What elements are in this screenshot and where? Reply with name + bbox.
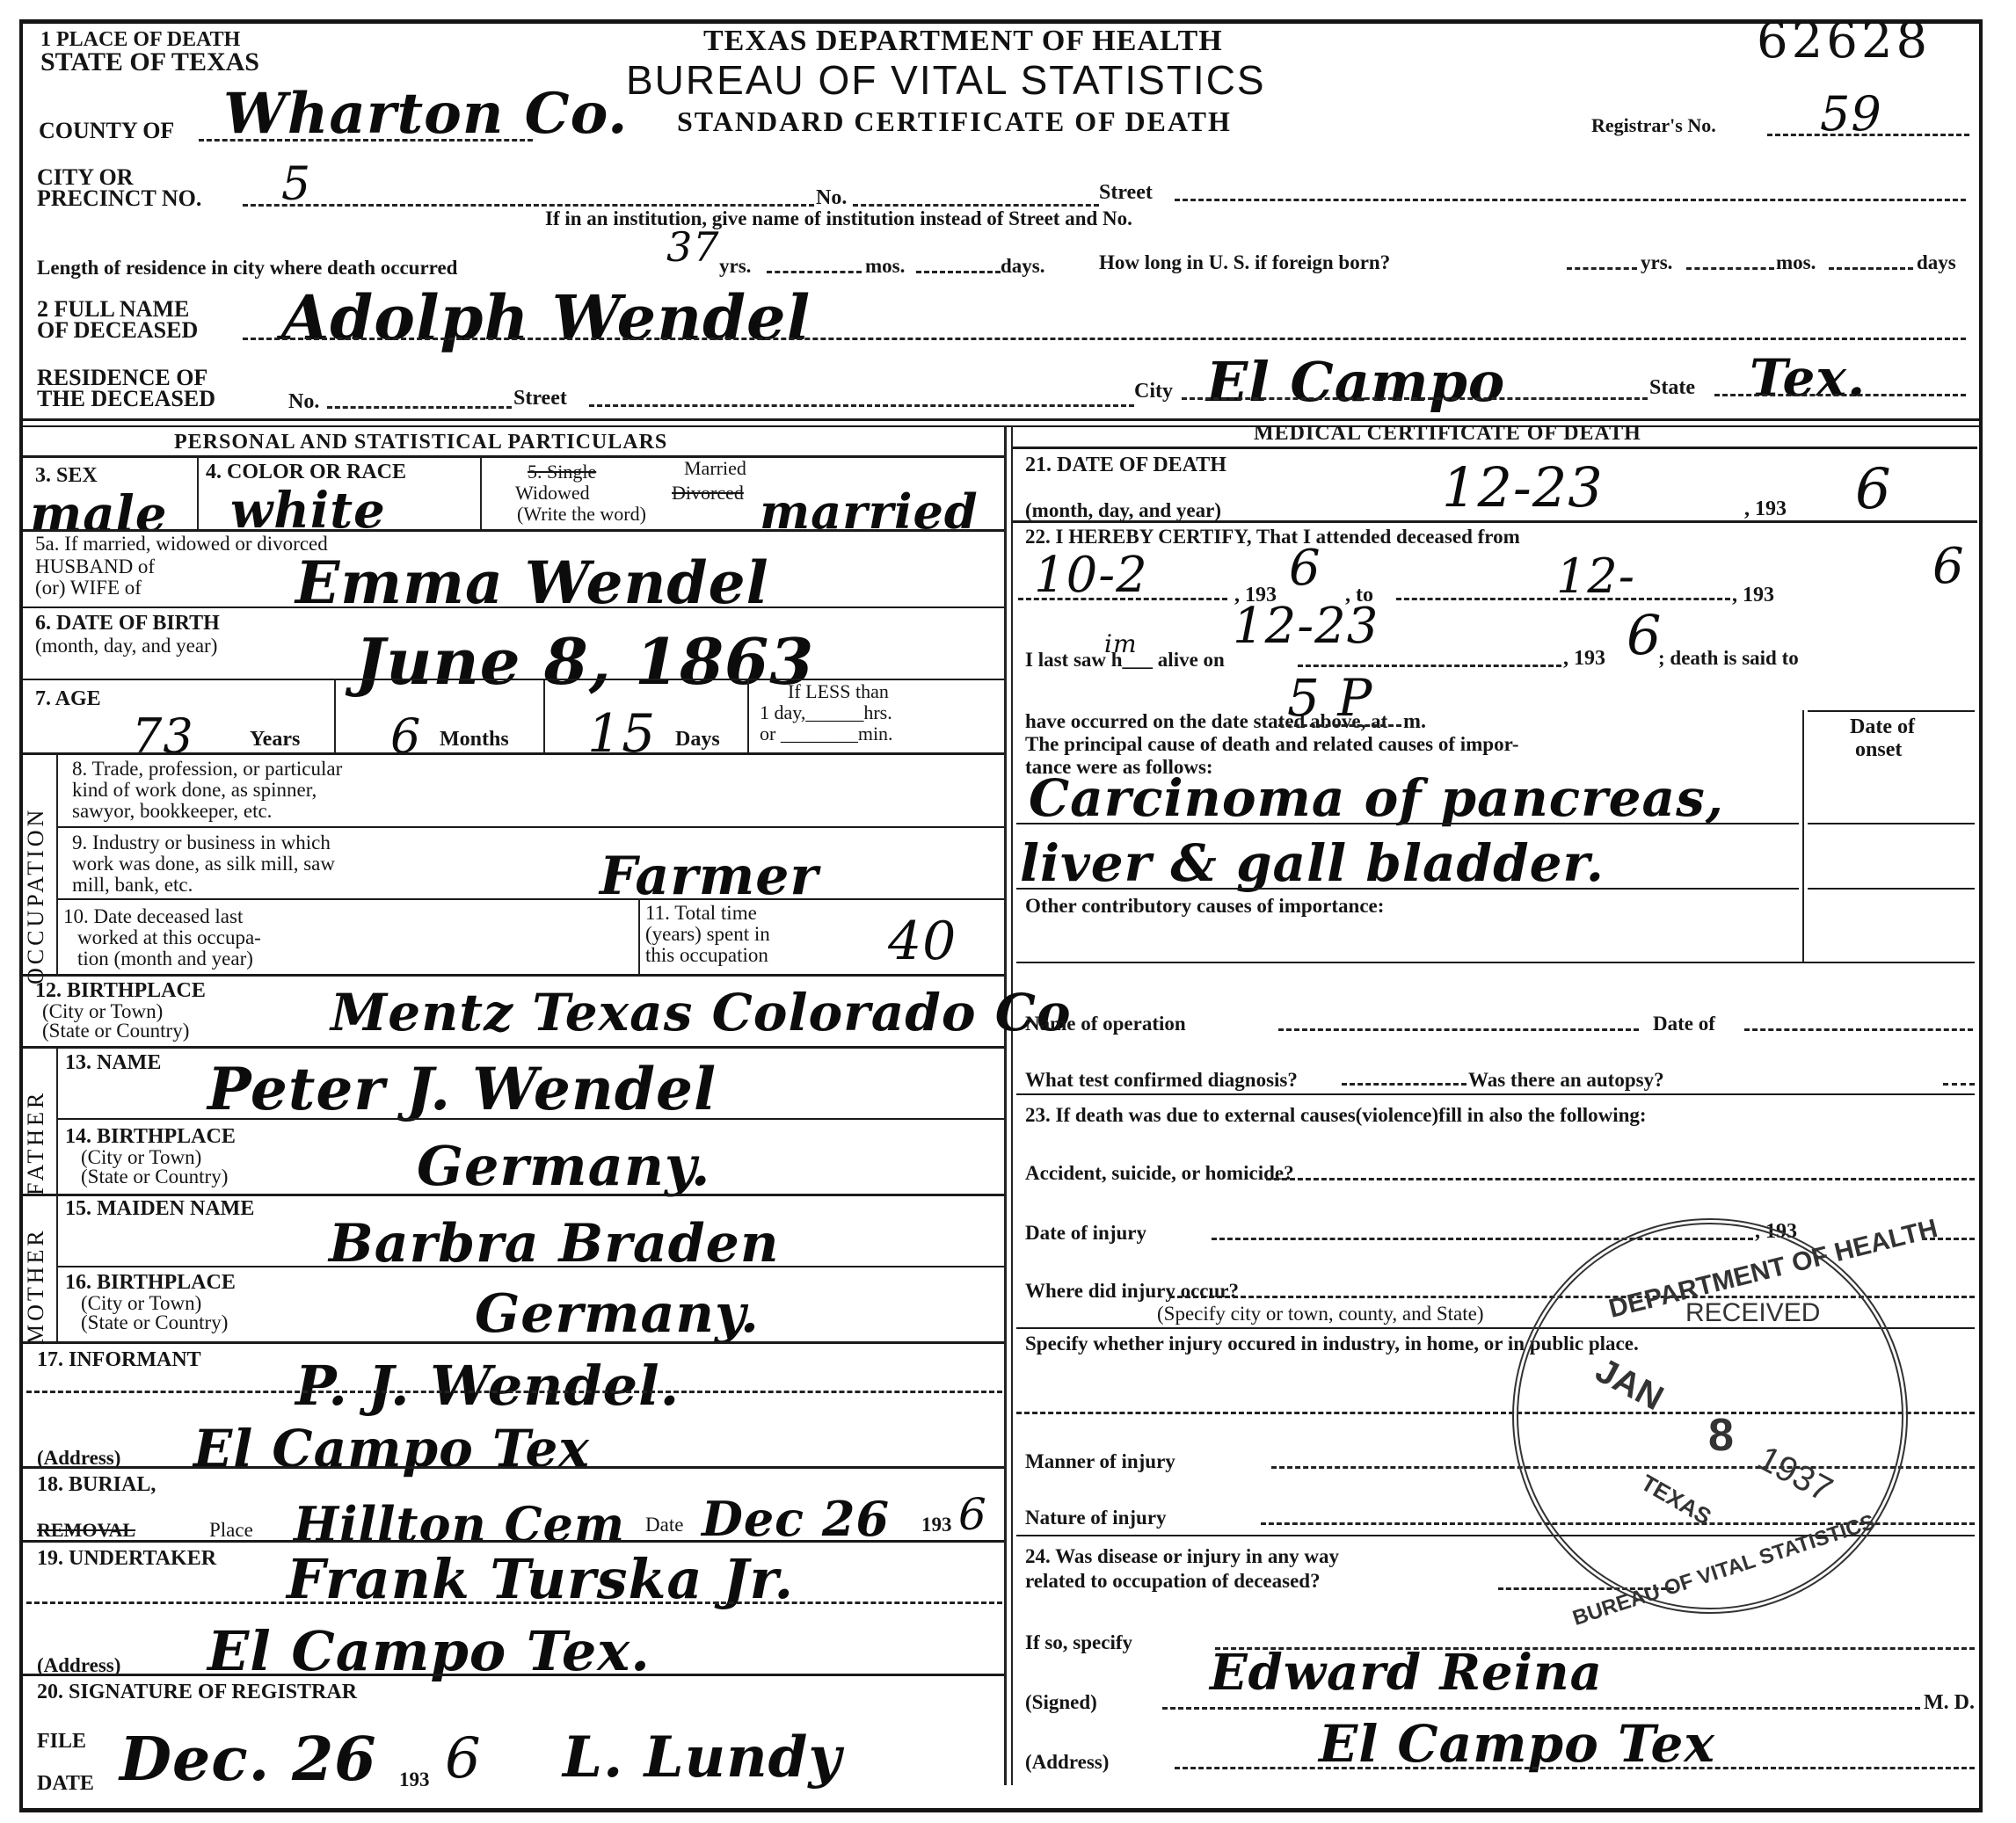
file-date: Dec. 26: [120, 1725, 377, 1795]
dob-label-1: 6. DATE OF BIRTH: [35, 612, 220, 635]
accident-label: Accident, suicide, or homicide?: [1025, 1162, 1294, 1185]
mother-name-label: 15. MAIDEN NAME: [65, 1197, 254, 1220]
undertaker-label: 19. UNDERTAKER: [37, 1547, 216, 1570]
file-year-prefix: 193: [399, 1769, 430, 1791]
time-of-death: 5 P: [1287, 668, 1372, 728]
onset-label-2: onset: [1855, 738, 1902, 761]
sex-label: 3. SEX: [35, 464, 98, 487]
stamp-year: 1937: [1751, 1439, 1839, 1511]
last-saw-date: 12-23: [1233, 598, 1379, 655]
father-side-label: FATHER: [23, 1064, 49, 1195]
birthplace-label-1: 12. BIRTHPLACE: [35, 979, 206, 1002]
test-label: What test confirmed diagnosis?: [1025, 1069, 1298, 1092]
father-birthplace: Germany.: [417, 1134, 710, 1198]
md-label: M. D.: [1924, 1691, 1975, 1714]
physician-address-label: (Address): [1025, 1751, 1109, 1774]
burial-date-label: Date: [645, 1514, 683, 1536]
residence-state-label: State: [1649, 376, 1695, 399]
foreign-born-label: How long in U. S. if foreign born?: [1099, 251, 1390, 274]
birthplace-label-3: (State or Country): [42, 1020, 189, 1042]
department-title: TEXAS DEPARTMENT OF HEALTH: [703, 25, 1223, 58]
father-name: Peter J. Wendel: [207, 1055, 717, 1123]
last-saw-pronoun: im: [1104, 629, 1138, 658]
related-label-2: related to occupation of deceased?: [1025, 1570, 1321, 1593]
nature-label: Nature of injury: [1025, 1507, 1167, 1529]
residence-street-label: Street: [513, 387, 567, 410]
contributory-label: Other contributory causes of importance:: [1025, 895, 1384, 918]
marital-single-label: 5. Single: [528, 461, 596, 483]
industry-label-2: work was done, as silk mill, saw: [72, 853, 335, 875]
medical-section-title: MEDICAL CERTIFICATE OF DEATH: [1254, 422, 1641, 445]
mother-birthplace-label-3: (State or Country): [81, 1311, 228, 1334]
foreign-mos-label: mos.: [1776, 251, 1816, 274]
age-less-label-2: 1 day,______hrs.: [760, 701, 892, 724]
external-causes-label: 23. If death was due to external causes(…: [1025, 1104, 1647, 1127]
street-label: Street: [1099, 181, 1153, 204]
autopsy-label: Was there an autopsy?: [1468, 1069, 1664, 1092]
precinct-value: 5: [281, 158, 311, 211]
file-date-label-1: FILE: [37, 1730, 86, 1753]
burial-date: Dec 26: [702, 1491, 890, 1547]
days-label: days.: [1001, 255, 1045, 278]
date-of-death-year: 6: [1855, 457, 1892, 522]
physician-address: El Campo Tex: [1319, 1714, 1715, 1774]
father-name-label: 13. NAME: [65, 1051, 161, 1074]
mos-label: mos.: [865, 255, 905, 278]
age-years: 73: [132, 708, 194, 764]
trade-label-2: kind of work done, as spinner,: [72, 779, 317, 802]
injury-where-note: (Specify city or town, county, and State…: [1157, 1303, 1484, 1325]
occupation-side-label: OCCUPATION: [23, 765, 49, 984]
injury-where-label: Where did injury occur?: [1025, 1280, 1239, 1303]
onset-label-1: Date of: [1850, 715, 1915, 738]
marital-widowed-label: Widowed: [515, 482, 590, 505]
burial-year-suffix: 6: [958, 1489, 987, 1540]
death-said-label: ; death is said to: [1658, 647, 1799, 670]
burial-place: Hillton Cem: [294, 1496, 625, 1552]
registrar-number-label: Registrar's No.: [1591, 114, 1716, 137]
cause-of-death-line-2: liver & gall bladder.: [1020, 833, 1605, 893]
yrs-label: yrs.: [719, 255, 751, 278]
industry-label-3: mill, bank, etc.: [72, 874, 193, 897]
total-time-label-2: (years) spent in: [645, 923, 770, 946]
attended-to-year: 6: [1932, 538, 1965, 595]
last-saw-year-prefix: , 193: [1563, 647, 1605, 670]
file-year-suffix: 6: [445, 1726, 482, 1791]
total-time-value: 40: [888, 911, 957, 972]
residence-years-value: 37: [666, 223, 720, 271]
operation-date-label: Date of: [1653, 1013, 1715, 1035]
physician-signature: Edward Reina: [1210, 1644, 1603, 1702]
deceased-full-name: Adolph Wendel: [281, 281, 811, 354]
age-months-label: Months: [440, 728, 509, 751]
marital-write-label: (Write the word): [517, 503, 646, 526]
signed-label: (Signed): [1025, 1691, 1097, 1714]
father-birthplace-label-1: 14. BIRTHPLACE: [65, 1125, 236, 1148]
attended-from: 10-2: [1034, 547, 1148, 604]
street-no-label: No.: [816, 186, 847, 209]
burial-year-prefix: 193: [921, 1514, 952, 1536]
operation-label: Name of operation: [1025, 1013, 1186, 1035]
informant-label: 17. INFORMANT: [37, 1348, 201, 1371]
mother-birthplace: Germany.: [475, 1283, 760, 1345]
father-birthplace-label-3: (State or Country): [81, 1166, 228, 1188]
stamp-month: JAN: [1589, 1351, 1670, 1419]
burial-place-label: Place: [209, 1519, 253, 1542]
age-less-label-1: If LESS than: [788, 680, 889, 703]
if-so-label: If so, specify: [1025, 1631, 1132, 1654]
county-label: COUNTY OF: [39, 120, 174, 142]
residence-city-label: City: [1134, 380, 1173, 403]
age-label: 7. AGE: [35, 687, 101, 710]
related-label-1: 24. Was disease or injury in any way: [1025, 1545, 1339, 1568]
cause-label-1: The principal cause of death and related…: [1025, 733, 1519, 756]
last-saw-year: 6: [1627, 603, 1662, 667]
spouse-label-2: HUSBAND of: [35, 556, 155, 578]
age-days-label: Days: [675, 728, 720, 751]
foreign-days-label: days: [1917, 251, 1956, 274]
stamp-received: RECEIVED: [1685, 1298, 1820, 1328]
date-of-death-year-prefix: , 193: [1744, 498, 1787, 520]
registrar-signature: L. Lundy: [563, 1725, 842, 1790]
stamp-day: 8: [1708, 1409, 1734, 1462]
certify-label: 22. I HEREBY CERTIFY, That I attended de…: [1025, 526, 1520, 548]
date-of-death: 12-23: [1442, 455, 1604, 519]
last-worked-label-1: 10. Date deceased last: [63, 905, 243, 928]
injury-date-label: Date of injury: [1025, 1222, 1146, 1245]
attended-to-year-prefix: , 193: [1732, 584, 1774, 606]
residence-length-label: Length of residence in city where death …: [37, 257, 457, 280]
marital-divorced-label: Divorced: [672, 482, 744, 505]
race-label: 4. COLOR OR RACE: [206, 461, 406, 483]
dob-label-2: (month, day, and year): [35, 635, 217, 657]
attended-to: 12-: [1556, 548, 1635, 604]
date-of-death-label-2: (month, day, and year): [1025, 499, 1221, 522]
personal-section-title: PERSONAL AND STATISTICAL PARTICULARS: [174, 431, 667, 454]
mother-side-label: MOTHER: [23, 1204, 49, 1345]
age-days: 15: [587, 703, 656, 765]
spouse-label-3: (or) WIFE of: [35, 577, 142, 599]
foreign-yrs-label: yrs.: [1641, 251, 1672, 274]
total-time-label-3: this occupation: [645, 944, 768, 967]
received-stamp: DEPARTMENT OF HEALTH RECEIVED JAN 8 1937…: [1512, 1218, 1908, 1614]
full-name-label-2: OF DECEASED: [37, 320, 198, 341]
stamp-state: TEXAS: [1636, 1469, 1716, 1530]
file-date-label-2: DATE: [37, 1772, 94, 1795]
date-of-birth: June 8, 1863: [355, 624, 814, 699]
state-label: STATE OF TEXAS: [40, 51, 259, 74]
removal-label: REMOVAL: [37, 1519, 135, 1542]
manner-label: Manner of injury: [1025, 1450, 1175, 1473]
total-time-label-1: 11. Total time: [645, 902, 757, 925]
bureau-title: BUREAU OF VITAL STATISTICS: [626, 56, 1266, 104]
burial-label: 18. BURIAL,: [37, 1473, 156, 1496]
last-worked-label-2: worked at this occupa-: [77, 926, 261, 949]
trade-label-3: sawyor, bookkeeper, etc.: [72, 800, 272, 823]
county-value: Wharton Co.: [223, 81, 628, 147]
city-label-2: PRECINCT NO.: [37, 188, 201, 209]
certificate-number: 62628: [1757, 12, 1931, 69]
attended-from-year: 6: [1289, 540, 1321, 597]
trade-label-1: 8. Trade, profession, or particular: [72, 758, 342, 781]
age-years-label: Years: [250, 728, 300, 751]
informant-name: P. J. Wendel.: [295, 1354, 680, 1418]
date-of-death-label-1: 21. DATE OF DEATH: [1025, 454, 1226, 476]
age-less-label-3: or ________min.: [760, 723, 893, 745]
last-worked-label-3: tion (month and year): [77, 948, 253, 970]
certificate-title: STANDARD CERTIFICATE OF DEATH: [677, 105, 1232, 138]
marital-married-label: Married: [684, 457, 746, 480]
informant-address: El Campo Tex: [193, 1419, 590, 1478]
registrar-signature-label: 20. SIGNATURE OF REGISTRAR: [37, 1681, 357, 1703]
residence-city: El Campo: [1206, 350, 1505, 414]
cause-of-death-line-1: Carcinoma of pancreas,: [1029, 768, 1724, 828]
residence-no-label: No.: [288, 390, 319, 413]
mother-birthplace-label-1: 16. BIRTHPLACE: [65, 1271, 236, 1294]
residence-label-2: THE DECEASED: [37, 389, 215, 410]
institution-note: If in an institution, give name of insti…: [545, 207, 1132, 230]
spouse-label-1: 5a. If married, widowed or divorced: [35, 533, 328, 556]
am-pm-label: m.: [1403, 710, 1426, 733]
age-months: 6: [390, 708, 421, 764]
residence-state: Tex.: [1750, 348, 1866, 408]
industry-label-1: 9. Industry or business in which: [72, 832, 331, 854]
birthplace-value: Mentz Texas Colorado Co: [331, 983, 1072, 1042]
